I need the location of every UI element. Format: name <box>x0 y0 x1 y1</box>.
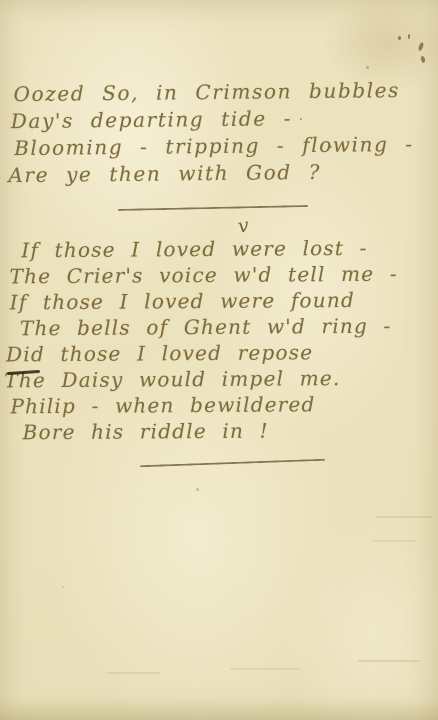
ink-speck <box>418 42 425 52</box>
ink-divider-rule <box>118 205 308 211</box>
ink-speck <box>366 66 369 69</box>
ink-dot <box>330 146 332 148</box>
poem-line: If those I loved were lost - <box>21 236 397 265</box>
ink-dot <box>196 488 199 491</box>
check-mark: v <box>237 214 251 237</box>
poem-line: The Daisy would impel me. <box>4 366 398 395</box>
poem-line: Day's departing tide - <box>11 105 414 136</box>
poem-line: Did those I loved repose <box>6 340 398 369</box>
show-through-mark <box>358 660 420 662</box>
ink-divider-rule <box>140 459 325 467</box>
stanza-top: Oozed So, in Crimson bubbles Day's depar… <box>13 78 414 190</box>
stanza-bottom: If those I loved were lost - The Crier's… <box>9 236 399 447</box>
poem-line: Bore his riddle in ! <box>23 418 399 447</box>
poem-line: The Crier's voice w'd tell me - <box>9 262 397 291</box>
poem-line: Oozed So, in Crimson bubbles <box>13 78 413 109</box>
ink-dot <box>300 118 302 120</box>
ink-speck <box>408 34 410 39</box>
poem-line: The bells of Ghent w'd ring - <box>20 314 398 343</box>
poem-line: Philip - when bewildered <box>10 392 398 421</box>
manuscript-page: Oozed So, in Crimson bubbles Day's depar… <box>0 0 438 720</box>
ink-speck <box>398 36 401 40</box>
poem-line: Blooming - tripping - flowing - <box>14 132 414 163</box>
show-through-mark <box>372 540 416 542</box>
show-through-mark <box>376 516 432 518</box>
poem-line: If those I loved were found <box>10 288 398 317</box>
show-through-mark <box>230 668 300 670</box>
show-through-mark <box>108 672 160 674</box>
poem-line: Are ye then with God ? <box>8 159 414 190</box>
ink-dot <box>62 586 64 588</box>
ink-speck <box>420 56 426 64</box>
